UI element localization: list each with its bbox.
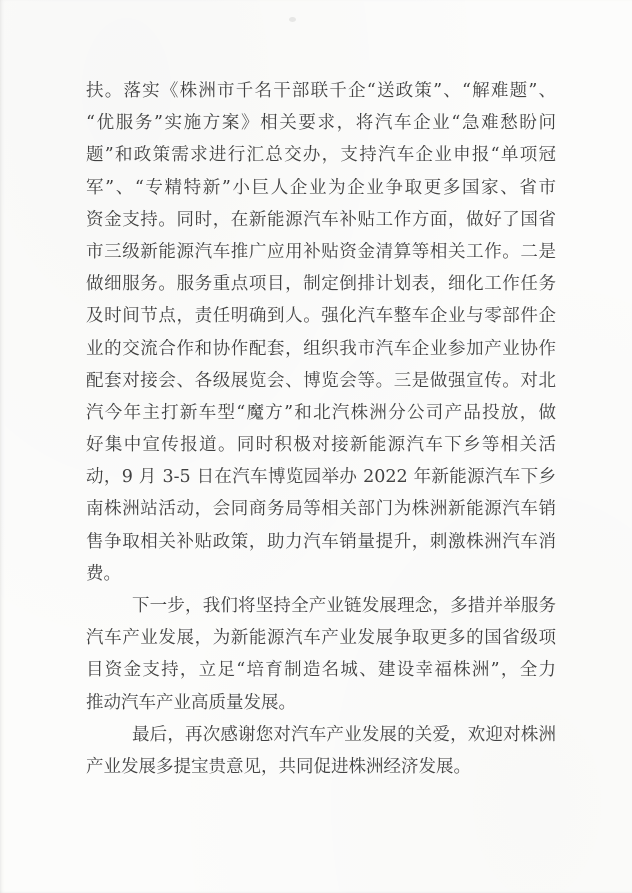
text-line: 军”、“专精特新”小巨人企业为企业争取更多国家、省市 (86, 172, 556, 204)
text-line: 扶。落实《株洲市千名干部联千企“送政策”、“解难题”、 (86, 75, 556, 107)
text-line: 市三级新能源汽车推广应用补贴资金清算等相关工作。二是 (86, 236, 556, 268)
text-line: 目资金支持，立足“培育制造名城、建设幸福株洲”，全力 (86, 654, 556, 686)
text-line: 及时间节点，责任明确到人。强化汽车整车企业与零部件企 (86, 300, 556, 332)
text-line: 资金支持。同时，在新能源汽车补贴工作方面，做好了国省 (86, 204, 556, 236)
text-line: 好集中宣传报道。同时积极对接新能源汽车下乡等相关活 (86, 429, 556, 461)
text-line: 做细服务。服务重点项目，制定倒排计划表，细化工作任务 (86, 268, 556, 300)
text-line: 下一步，我们将坚持全产业链发展理念，多措并举服务 (86, 590, 556, 622)
text-line: 动，9 月 3-5 日在汽车博览园举办 2022 年新能源汽车下乡湖 (86, 461, 556, 493)
document-page: 扶。落实《株洲市千名干部联千企“送政策”、“解难题”、“优服务”实施方案》相关要… (0, 0, 632, 893)
text-line: 南株洲站活动，会同商务局等相关部门为株洲新能源汽车销 (86, 493, 556, 525)
paragraph: 最后，再次感谢您对汽车产业发展的关爱，欢迎对株洲产业发展多提宝贵意见，共同促进株… (86, 719, 556, 783)
text-line: 费。 (86, 558, 556, 590)
text-line: 推动汽车产业高质量发展。 (86, 687, 556, 719)
text-line: 售争取相关补贴政策，助力汽车销量提升，刺激株洲汽车消 (86, 526, 556, 558)
text-line: 最后，再次感谢您对汽车产业发展的关爱，欢迎对株洲 (86, 719, 556, 751)
text-line: 汽车产业发展，为新能源汽车产业发展争取更多的国省级项 (86, 622, 556, 654)
text-line: 产业发展多提宝贵意见，共同促进株洲经济发展。 (86, 751, 556, 783)
text-line: 题”和政策需求进行汇总交办，支持汽车企业申报“单项冠 (86, 139, 556, 171)
paragraph: 扶。落实《株洲市千名干部联千企“送政策”、“解难题”、“优服务”实施方案》相关要… (86, 75, 556, 590)
document-body: 扶。落实《株洲市千名干部联千企“送政策”、“解难题”、“优服务”实施方案》相关要… (86, 75, 556, 783)
paragraph: 下一步，我们将坚持全产业链发展理念，多措并举服务汽车产业发展，为新能源汽车产业发… (86, 590, 556, 719)
text-line: 业的交流合作和协作配套，组织我市汽车企业参加产业协作 (86, 333, 556, 365)
text-line: 配套对接会、各级展览会、博览会等。三是做强宣传。对北 (86, 365, 556, 397)
text-line: 汽今年主打新车型“魔方”和北汽株洲分公司产品投放，做 (86, 397, 556, 429)
text-line: “优服务”实施方案》相关要求，将汽车企业“急难愁盼问 (86, 107, 556, 139)
scan-artifact (289, 17, 296, 22)
